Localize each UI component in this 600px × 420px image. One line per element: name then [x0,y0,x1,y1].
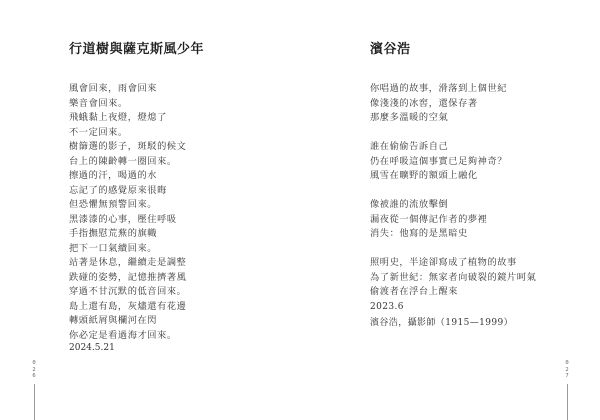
poem-title: 行道樹與薩克斯風少年 [69,38,204,57]
poem-line: 忘記了的感覺原來很晦 [69,184,186,199]
poem-line: 不一定回來。 [69,126,186,141]
poem-line: 偷渡者在浮台上醒來 [370,285,536,300]
stanza-break [370,242,536,257]
poem-line: 樂音會回來。 [69,97,186,112]
poem-line: 站著是休息，繼續走是調整 [69,256,186,271]
poem-line: 擦過的汗，喝過的水 [69,169,186,184]
poem-line: 手指撫慰荒蕪的旗幟 [69,227,186,242]
poem-attribution: 濱谷浩，攝影師（1915—1999） [370,315,513,331]
poem-line: 飛蛾黏上夜燈，燈熄了 [69,111,186,126]
poem-line: 穿過不甘沉默的低音回來。 [69,285,186,300]
poem-line: 黑漆漆的心事，壓住呼吸 [69,213,186,228]
stanza-break [370,126,536,141]
poem-line: 像淺淺的冰窖，還保存著 [370,97,536,112]
page-number-rule [34,384,35,420]
poem-line: 你唱過的故事，滑落到上個世紀 [370,82,536,97]
poem-line: 風會回來，雨會回來 [69,82,186,97]
poem-line: 消失：他寫的是黑暗史 [370,227,536,242]
poem-line: 風雪在曠野的額頭上融化 [370,169,536,184]
page-number-rule [567,384,568,420]
poem-line: 樹篩選的影子，斑駁的候文 [69,140,186,155]
poem-footer: 2023.6 濱谷浩，攝影師（1915—1999） [370,299,513,331]
poem-line: 台上的陳齡轉一圈回來。 [69,155,186,170]
poem-title: 濱谷浩 [370,38,411,57]
poem-body: 你唱過的故事，滑落到上個世紀 像淺淺的冰窖，還保存著 那麼多溫暖的空氣 誰在偷偷… [370,82,536,300]
poem-line: 照明史，半途卻寫成了植物的故事 [370,256,536,271]
poem-line: 誰在偷偷告訴自己 [370,140,536,155]
page-number: 027 [564,360,570,380]
poem-line: 漏夜從一個傳記作者的夢裡 [370,213,536,228]
poem-line: 把下一口氣續回來。 [69,242,186,257]
left-page: 行道樹與薩克斯風少年 風會回來，雨會回來 樂音會回來。 飛蛾黏上夜燈，燈熄了 不… [0,0,300,420]
stanza-break [370,184,536,199]
poem-line: 仍在呼吸這個事實已足夠神奇？ [370,155,536,170]
poem-date: 2024.5.21 [69,343,115,353]
poem-line: 像被誰的流放擊倒 [370,198,536,213]
page-number: 026 [31,360,37,380]
poem-line: 那麼多溫暖的空氣 [370,111,536,126]
right-page: 濱谷浩 你唱過的故事，滑落到上個世紀 像淺淺的冰窖，還保存著 那麼多溫暖的空氣 … [300,0,600,420]
poem-body: 風會回來，雨會回來 樂音會回來。 飛蛾黏上夜燈，燈熄了 不一定回來。 樹篩選的影… [69,82,186,343]
poem-line: 你必定是看過海才回來。 [69,329,186,344]
poem-line: 但恐懼無預警回來。 [69,198,186,213]
poem-line: 跌碰的姿勢，記憶推擠著風 [69,271,186,286]
poem-line: 島上還有島，灰燼還有花邊 [69,300,186,315]
poem-line: 轉頭紙屑與欄河在閃 [69,314,186,329]
poem-date: 2023.6 [370,299,513,315]
poem-line: 為了新世紀：無家者向破裂的鏡片呵氣 [370,271,536,286]
